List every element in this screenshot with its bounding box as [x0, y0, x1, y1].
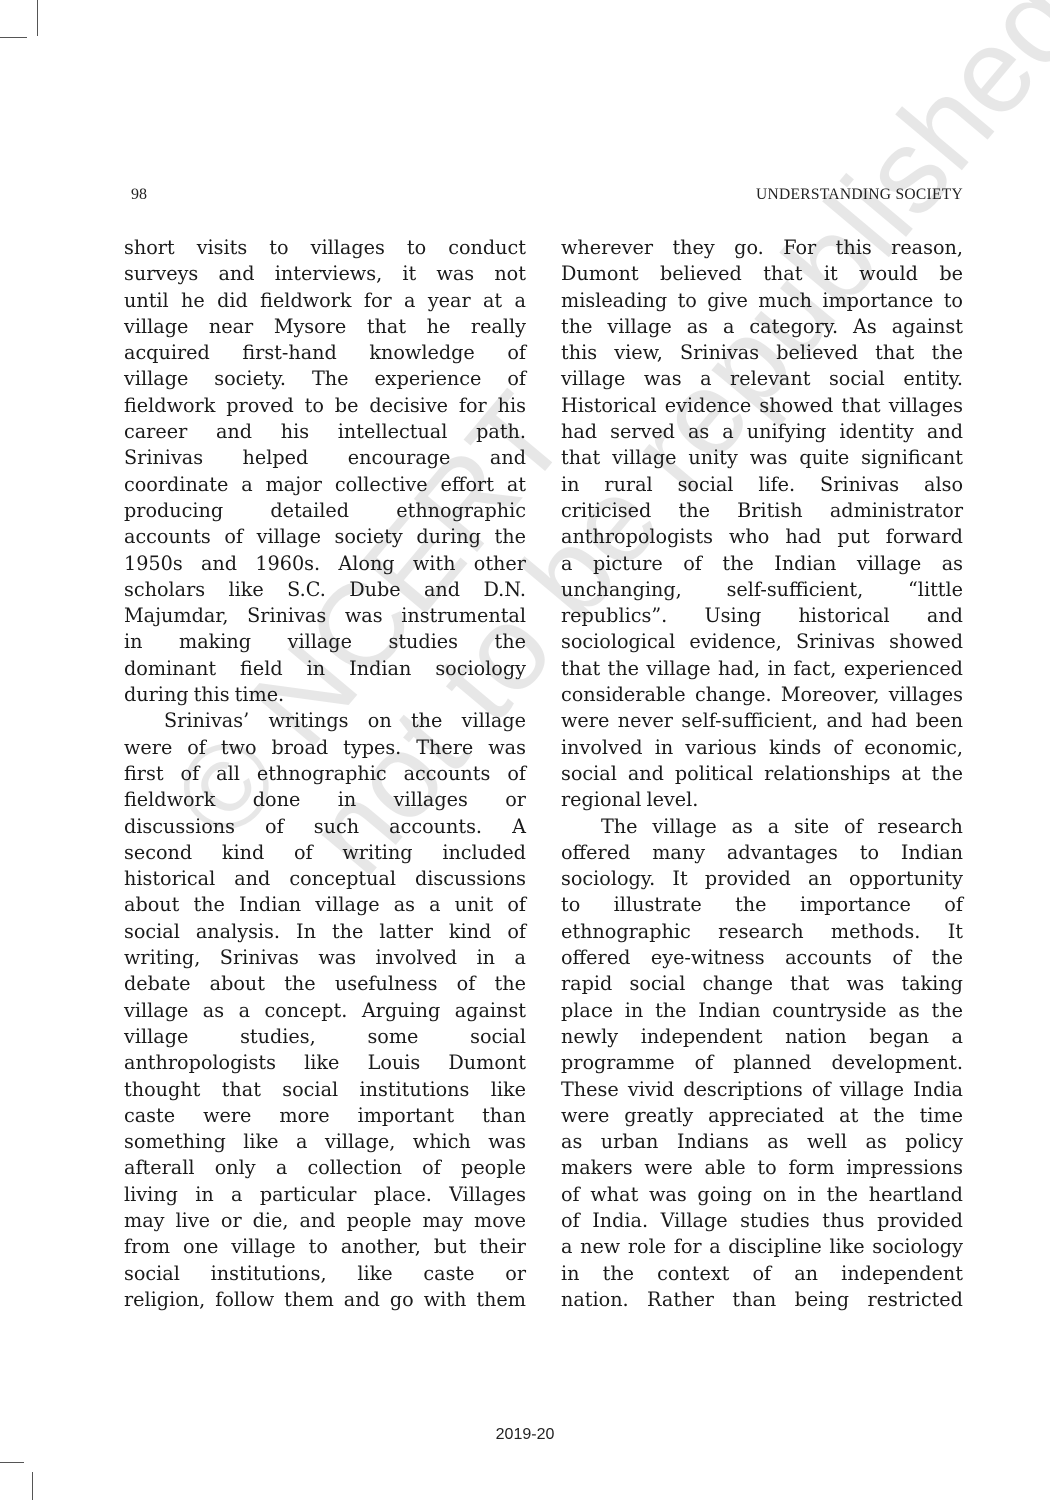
text-line: Dumontbelievedthatitwouldbe	[561, 261, 963, 287]
text-line: Srinivashelpedencourageand	[124, 445, 526, 471]
text-line: thisview,Srinivasbelievedthatthe	[561, 340, 963, 366]
crop-mark-top-vertical	[37, 0, 38, 36]
text-line: casteweremoreimportantthan	[124, 1103, 526, 1129]
text-line: weregreatlyappreciatedatthetime	[561, 1103, 963, 1129]
text-line: careerandhisintellectualpath.	[124, 419, 526, 445]
text-line: anewroleforadisciplinelikesociology	[561, 1234, 963, 1260]
text-line: inruralsociallife.Srinivasalso	[561, 472, 963, 498]
text-line: villagenearMysorethathereally	[124, 314, 526, 340]
crop-mark-bottom-vertical	[32, 1472, 33, 1500]
text-line: thoughtthatsocialinstitutionslike	[124, 1077, 526, 1103]
text-line: sociology.Itprovidedanopportunity	[561, 866, 963, 892]
text-line: ThesevividdescriptionsofvillageIndia	[561, 1077, 963, 1103]
text-line: duringthistime.	[124, 682, 526, 708]
text-line: fieldworkdoneinvillagesor	[124, 787, 526, 813]
text-line: inmakingvillagestudiesthe	[124, 629, 526, 655]
text-line: offeredmanyadvantagestoIndian	[561, 840, 963, 866]
text-line: surveysandinterviews,itwasnot	[124, 261, 526, 287]
crop-mark-bottom-horizontal	[0, 1462, 24, 1463]
text-line: 1950sand1960s.Alongwithother	[124, 551, 526, 577]
text-line: misleadingtogivemuchimportanceto	[561, 288, 963, 314]
text-line: somethinglikeavillage,whichwas	[124, 1129, 526, 1155]
text-line: historicalandconceptualdiscussions	[124, 866, 526, 892]
text-line: religion,followthemandgowiththem	[124, 1287, 526, 1313]
text-line: offeredeye-witnessaccountsofthe	[561, 945, 963, 971]
crop-mark-top-horizontal	[0, 37, 27, 38]
text-line: anthropologistswhohadputforward	[561, 524, 963, 550]
text-line: Majumdar,Srinivaswasinstrumental	[124, 603, 526, 629]
page-number: 98	[131, 186, 147, 204]
text-line: involvedinvariouskindsofeconomic,	[561, 735, 963, 761]
text-line: socialandpoliticalrelationshipsatthe	[561, 761, 963, 787]
text-line: newlyindependentnationbegana	[561, 1024, 963, 1050]
text-line: untilhedidfieldworkforayearata	[124, 288, 526, 314]
text-line: anthropologistslikeLouisDumont	[124, 1050, 526, 1076]
text-line: Historicalevidenceshowedthatvillages	[561, 393, 963, 419]
text-line: placeintheIndiancountrysideasthe	[561, 998, 963, 1024]
text-line: Thevillageasasiteofresearch	[561, 814, 963, 840]
text-line: thatthevillagehad,infact,experienced	[561, 656, 963, 682]
text-line: hadservedasaunifyingidentityand	[561, 419, 963, 445]
text-line: programmeofplanneddevelopment.	[561, 1050, 963, 1076]
left-column: shortvisitstovillagestoconductsurveysand…	[124, 235, 526, 1313]
text-line: makerswereabletoformimpressions	[561, 1155, 963, 1181]
text-line: scholarslikeS.C.DubeandD.N.	[124, 577, 526, 603]
text-line: acquiredfirst-handknowledgeof	[124, 340, 526, 366]
text-line: regionallevel.	[561, 787, 963, 813]
text-line: writing,Srinivaswasinvolvedina	[124, 945, 526, 971]
text-line: thatvillageunitywasquitesignificant	[561, 445, 963, 471]
text-line: livinginaparticularplace.Villages	[124, 1182, 526, 1208]
text-line: afterallonlyacollectionofpeople	[124, 1155, 526, 1181]
text-line: discussionsofsuchaccounts.A	[124, 814, 526, 840]
text-line: producingdetailedethnographic	[124, 498, 526, 524]
text-line: rapidsocialchangethatwastaking	[561, 971, 963, 997]
text-line: debateabouttheusefulnessofthe	[124, 971, 526, 997]
text-line: wereneverself-sufficient,andhadbeen	[561, 708, 963, 734]
text-line: secondkindofwritingincluded	[124, 840, 526, 866]
text-line: wherevertheygo.Forthisreason,	[561, 235, 963, 261]
text-line: republics”.Usinghistoricaland	[561, 603, 963, 629]
text-line: unchanging,self-sufficient,“little	[561, 577, 963, 603]
text-line: sociologicalevidence,Srinivasshowed	[561, 629, 963, 655]
text-line: shortvisitstovillagestoconduct	[124, 235, 526, 261]
text-line: coordinateamajorcollectiveeffortat	[124, 472, 526, 498]
right-column: wherevertheygo.Forthisreason,Dumontbelie…	[561, 235, 963, 1313]
text-line: villageasaconcept.Arguingagainst	[124, 998, 526, 1024]
text-line: villagewasarelevantsocialentity.	[561, 366, 963, 392]
text-line: ofwhatwasgoingonintheheartland	[561, 1182, 963, 1208]
text-line: considerablechange.Moreover,villages	[561, 682, 963, 708]
text-line: socialanalysis.Inthelatterkindof	[124, 919, 526, 945]
text-line: wereoftwobroadtypes.Therewas	[124, 735, 526, 761]
running-head: UNDERSTANDING SOCIETY	[756, 186, 963, 204]
text-line: asurbanIndiansaswellaspolicy	[561, 1129, 963, 1155]
text-line: ethnographicresearchmethods.It	[561, 919, 963, 945]
text-line: ofIndia.Villagestudiesthusprovided	[561, 1208, 963, 1234]
text-line: socialinstitutions,likecasteor	[124, 1261, 526, 1287]
text-line: fromonevillagetoanother,buttheir	[124, 1234, 526, 1260]
text-line: criticisedtheBritishadministrator	[561, 498, 963, 524]
text-line: firstofallethnographicaccountsof	[124, 761, 526, 787]
text-line: nation.Ratherthanbeingrestricted	[561, 1287, 963, 1313]
text-line: accountsofvillagesocietyduringthe	[124, 524, 526, 550]
text-line: apictureoftheIndianvillageas	[561, 551, 963, 577]
text-line: toillustratetheimportanceof	[561, 892, 963, 918]
text-line: villagesociety.Theexperienceof	[124, 366, 526, 392]
text-line: villagestudies,somesocial	[124, 1024, 526, 1050]
text-line: mayliveordie,andpeoplemaymove	[124, 1208, 526, 1234]
text-line: dominantfieldinIndiansociology	[124, 656, 526, 682]
text-line: thevillageasacategory.Asagainst	[561, 314, 963, 340]
text-line: Srinivas’writingsonthevillage	[124, 708, 526, 734]
footer-year: 2019-20	[0, 1426, 1050, 1444]
text-line: inthecontextofanindependent	[561, 1261, 963, 1287]
text-line: fieldworkprovedtobedecisiveforhis	[124, 393, 526, 419]
text-line: abouttheIndianvillageasaunitof	[124, 892, 526, 918]
